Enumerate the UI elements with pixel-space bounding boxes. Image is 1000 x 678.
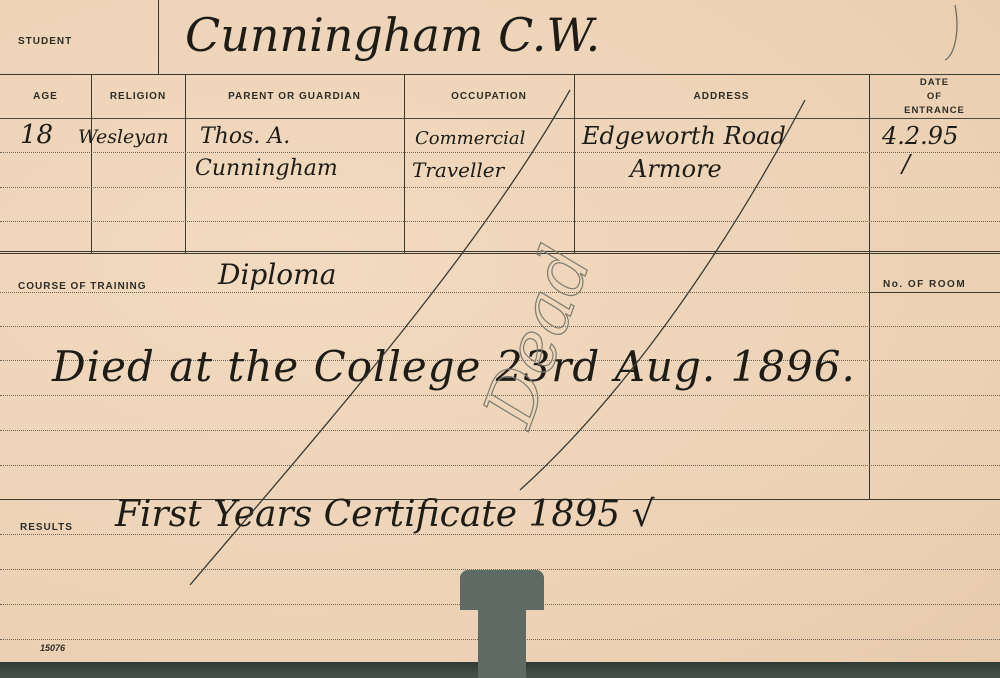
tab-notch: [460, 570, 544, 610]
strike-through-marks: Dead: [0, 0, 1000, 666]
tab-notch-stem: [478, 605, 526, 678]
record-card: STUDENT Cunningham C.W. AGE RELIGION PAR…: [0, 0, 1000, 666]
pencil-dead: Dead: [467, 236, 608, 439]
